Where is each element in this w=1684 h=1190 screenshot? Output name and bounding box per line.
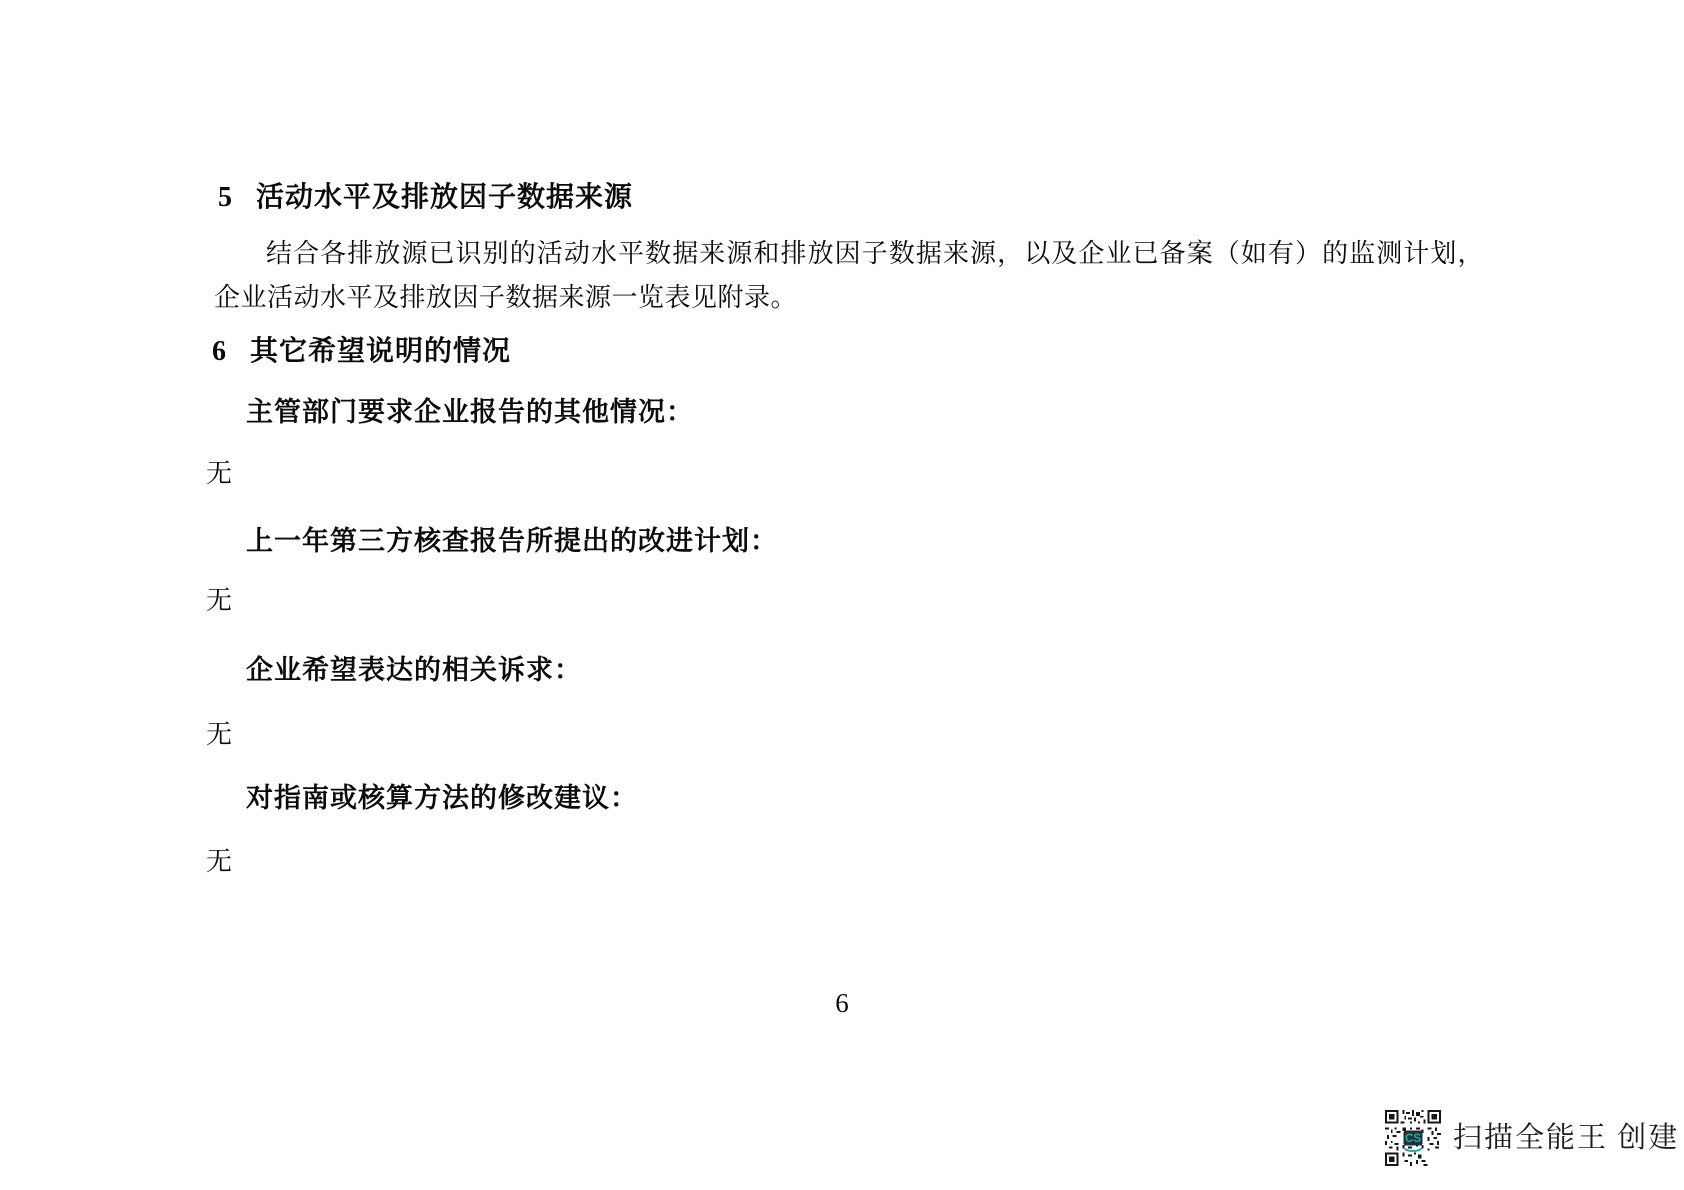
section-5-title: 活动水平及排放因子数据来源 [256,182,633,214]
section-6-title: 其它希望说明的情况 [250,336,511,368]
section-5-paragraph: 结合各排放源已识别的活动水平数据来源和排放因子数据来源，以及企业已备案（如有）的… [214,232,1484,320]
qa-value-other-situations: 无 [206,458,232,489]
document-page: 5 活动水平及排放因子数据来源 结合各排放源已识别的活动水平数据来源和排放因子数… [0,0,1684,1190]
qa-label-guideline-suggestions: 对指南或核算方法的修改建议： [246,782,638,814]
page-number: 6 [835,988,849,1019]
qa-value-improvement-plan: 无 [206,585,232,616]
section-5-number: 5 [218,182,256,214]
camscanner-qr-icon: CS [1385,1110,1441,1166]
qa-label-enterprise-appeals: 企业希望表达的相关诉求： [246,654,582,686]
qa-label-other-situations: 主管部门要求企业报告的其他情况： [246,396,694,428]
qa-value-enterprise-appeals: 无 [206,719,232,750]
camscanner-label: 扫描全能王 创建 [1453,1110,1679,1166]
svg-text:CS: CS [1405,1133,1421,1145]
section-6-number: 6 [212,336,250,368]
qa-label-improvement-plan: 上一年第三方核查报告所提出的改进计划： [246,525,778,557]
section-5-heading: 5 活动水平及排放因子数据来源 [218,182,633,214]
camscanner-watermark: CS 扫描全能王 创建 [1385,1110,1679,1166]
section-6-heading: 6 其它希望说明的情况 [212,336,511,368]
qa-value-guideline-suggestions: 无 [206,846,232,877]
